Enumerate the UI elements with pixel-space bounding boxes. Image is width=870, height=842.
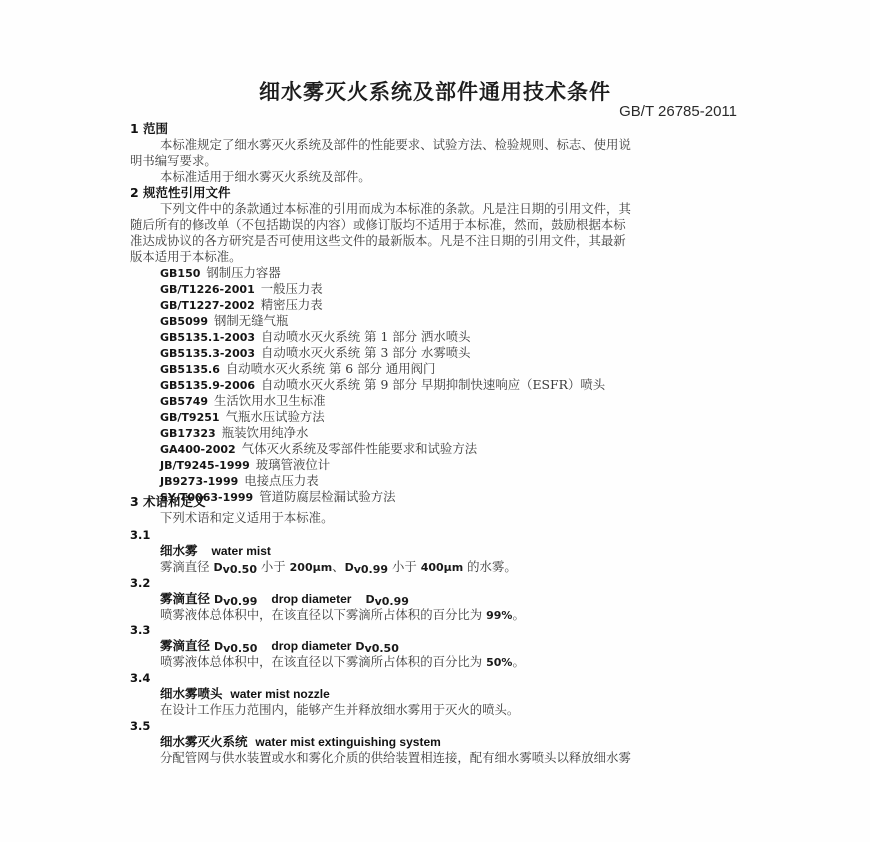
reference-code: GB150 xyxy=(160,267,200,280)
reference-code: JB/T9245-1999 xyxy=(160,459,250,472)
reference-title: 自动喷水灭火系统 第 1 部分 洒水喷头 xyxy=(261,329,471,344)
term-en: water mist extinguishing system xyxy=(255,735,440,749)
document-title: 细水雾灭火系统及部件通用技术条件 xyxy=(0,76,870,106)
definition-text: 、 xyxy=(332,559,344,574)
term-title: 细水雾灭火系统 water mist extinguishing system xyxy=(160,734,441,750)
reference-code: JB9273-1999 xyxy=(160,475,238,488)
term-title: 细水雾water mist xyxy=(160,543,271,559)
symbol-subscript: v0.99 xyxy=(354,563,388,576)
reference-title: 瓶装饮用纯净水 xyxy=(222,425,309,440)
term-title: 细水雾喷头 water mist nozzle xyxy=(160,686,330,702)
term-cn: 细水雾 xyxy=(160,543,198,558)
reference-title: 生活饮用水卫生标准 xyxy=(214,393,326,408)
section-3-intro: 下列术语和定义适用于本标准。 xyxy=(160,510,333,526)
definition-text: 小于 xyxy=(388,559,421,574)
section-3-heading: 3 术语和定义 xyxy=(130,494,206,510)
reference-code: GB/T1226-2001 xyxy=(160,283,255,296)
symbol: D xyxy=(214,640,223,653)
section-1-para2: 本标准适用于细水雾灭火系统及部件。 xyxy=(160,169,371,185)
term-definition: 喷雾液体总体积中，在该直径以下雾滴所占体积的百分比为 99%。 xyxy=(160,607,525,624)
reference-title: 精密压力表 xyxy=(261,297,323,312)
definition-text: 。 xyxy=(512,654,524,669)
definition-text: 。 xyxy=(512,607,524,622)
section-2-heading: 2 规范性引用文件 xyxy=(130,185,231,201)
reference-code: GB5099 xyxy=(160,315,208,328)
term-number: 3.1 xyxy=(130,527,150,543)
section-1-heading: 1 范围 xyxy=(130,121,168,137)
reference-title: 钢制无缝气瓶 xyxy=(214,313,288,328)
term-en: water mist nozzle xyxy=(230,687,329,701)
reference-item: GB/T9251气瓶水压试验方法 xyxy=(160,409,325,426)
reference-code: GA400-2002 xyxy=(160,443,236,456)
reference-item: GB5135.1-2003自动喷水灭火系统 第 1 部分 洒水喷头 xyxy=(160,329,471,346)
reference-title: 玻璃管液位计 xyxy=(256,457,330,472)
term-en: drop diameter xyxy=(271,639,351,653)
symbol: D xyxy=(345,561,354,574)
reference-item: GB5749生活饮用水卫生标准 xyxy=(160,393,326,410)
value: 50% xyxy=(486,656,512,669)
symbol-subscript: v0.50 xyxy=(223,563,257,576)
term-number: 3.5 xyxy=(130,718,150,734)
definition-text: 小于 xyxy=(257,559,290,574)
reference-code: GB5135.3-2003 xyxy=(160,347,255,360)
reference-title: 自动喷水灭火系统 第 6 部分 通用阀门 xyxy=(226,361,436,376)
reference-code: GB/T9251 xyxy=(160,411,220,424)
term-en: water mist xyxy=(212,544,271,558)
reference-title: 钢制压力容器 xyxy=(206,265,280,280)
definition-text: 喷雾液体总体积中，在该直径以下雾滴所占体积的百分比为 xyxy=(160,607,486,622)
section-1-para1-line2: 明书编写要求。 xyxy=(130,153,217,169)
reference-item: GB5135.9-2006自动喷水灭火系统 第 9 部分 早期抑制快速响应（ES… xyxy=(160,377,605,394)
symbol: D xyxy=(365,593,374,606)
reference-item: GB5135.6自动喷水灭火系统 第 6 部分 通用阀门 xyxy=(160,361,435,378)
reference-title: 管道防腐层检漏试验方法 xyxy=(259,489,395,504)
reference-item: GB/T1227-2002精密压力表 xyxy=(160,297,323,314)
definition-text: 的水雾。 xyxy=(463,559,517,574)
reference-item: GB5099钢制无缝气瓶 xyxy=(160,313,288,330)
term-number: 3.3 xyxy=(130,622,150,638)
section-2-para-line3: 准达成协议的各方研究是否可使用这些文件的最新版本。凡是不注日期的引用文件，其最新 xyxy=(130,233,626,249)
term-definition: 在设计工作压力范围内，能够产生并释放细水雾用于灭火的喷头。 xyxy=(160,702,519,718)
term-definition: 喷雾液体总体积中，在该直径以下雾滴所占体积的百分比为 50%。 xyxy=(160,654,525,671)
reference-code: GB5135.9-2006 xyxy=(160,379,255,392)
reference-title: 气体灭火系统及零部件性能要求和试验方法 xyxy=(242,441,477,456)
reference-code: GB5135.6 xyxy=(160,363,220,376)
reference-title: 电接点压力表 xyxy=(244,473,318,488)
reference-code: GB17323 xyxy=(160,427,216,440)
reference-title: 自动喷水灭火系统 第 9 部分 早期抑制快速响应（ESFR）喷头 xyxy=(261,377,605,392)
section-1-para1-line1: 本标准规定了细水雾灭火系统及部件的性能要求、试验方法、检验规则、标志、使用说 xyxy=(160,137,631,153)
reference-item: GB17323瓶装饮用纯净水 xyxy=(160,425,308,442)
term-number: 3.2 xyxy=(130,575,150,591)
definition-text: 雾滴直径 xyxy=(160,559,214,574)
symbol: D xyxy=(214,593,223,606)
document-page: 细水雾灭火系统及部件通用技术条件 GB/T 26785-2011 1 范围 本标… xyxy=(0,0,870,842)
term-cn: 细水雾灭火系统 xyxy=(160,734,248,749)
definition-text: 喷雾液体总体积中，在该直径以下雾滴所占体积的百分比为 xyxy=(160,654,486,669)
value: 400μm xyxy=(421,561,464,574)
reference-item: GA400-2002气体灭火系统及零部件性能要求和试验方法 xyxy=(160,441,477,458)
standard-number: GB/T 26785-2011 xyxy=(619,103,737,120)
reference-code: GB5135.1-2003 xyxy=(160,331,255,344)
reference-item: GB5135.3-2003自动喷水灭火系统 第 3 部分 水雾喷头 xyxy=(160,345,471,362)
value: 99% xyxy=(486,609,512,622)
value: 200μm xyxy=(290,561,333,574)
section-2-para-line2: 随后所有的修改单（不包括勘误的内容）或修订版均不适用于本标准，然而，鼓励根据本标 xyxy=(130,217,626,233)
reference-item: JB9273-1999电接点压力表 xyxy=(160,473,319,490)
reference-title: 一般压力表 xyxy=(261,281,323,296)
term-cn: 雾滴直径 xyxy=(160,591,210,606)
term-definition: 雾滴直径 Dv0.50 小于 200μm、Dv0.99 小于 400μm 的水雾… xyxy=(160,559,517,578)
reference-item: JB/T9245-1999玻璃管液位计 xyxy=(160,457,330,474)
term-en: drop diameter xyxy=(271,592,351,606)
reference-title: 气瓶水压试验方法 xyxy=(226,409,325,424)
reference-item: GB/T1226-2001一般压力表 xyxy=(160,281,323,298)
section-2-para-line1: 下列文件中的条款通过本标准的引用而成为本标准的条款。凡是注日期的引用文件，其 xyxy=(160,201,631,217)
reference-code: GB/T1227-2002 xyxy=(160,299,255,312)
reference-item: GB150钢制压力容器 xyxy=(160,265,281,282)
term-number: 3.4 xyxy=(130,670,150,686)
reference-title: 自动喷水灭火系统 第 3 部分 水雾喷头 xyxy=(261,345,471,360)
symbol: D xyxy=(355,640,364,653)
reference-code: GB5749 xyxy=(160,395,208,408)
section-2-para-line4: 版本适用于本标准。 xyxy=(130,249,242,265)
term-definition: 分配管网与供水装置或水和雾化介质的供给装置相连接，配有细水雾喷头以释放细水雾 xyxy=(160,750,631,766)
symbol: D xyxy=(214,561,223,574)
term-cn: 雾滴直径 xyxy=(160,638,210,653)
term-cn: 细水雾喷头 xyxy=(160,686,223,701)
